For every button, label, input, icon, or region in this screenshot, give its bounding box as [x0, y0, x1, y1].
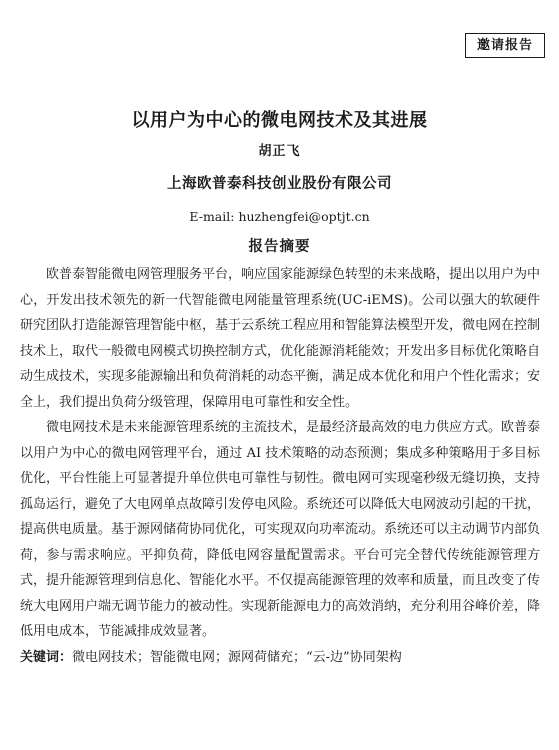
- author-name: 胡正飞: [0, 143, 559, 161]
- paper-title: 以用户为中心的微电网技术及其进展: [0, 0, 559, 134]
- author-email: E-mail: huzhengfei@optjt.cn: [0, 209, 559, 225]
- invited-report-badge: 邀请报告: [465, 33, 545, 58]
- abstract-heading: 报告摘要: [0, 237, 559, 257]
- keywords-line: 关键词：微电网技术；智能微电网；源网荷储充；“云-边”协同架构: [0, 645, 559, 671]
- document-page: 邀请报告 以用户为中心的微电网技术及其进展 胡正飞 上海欧普泰科技创业股份有限公…: [0, 0, 559, 750]
- keywords-label: 关键词：: [20, 650, 72, 665]
- keywords-text: 微电网技术；智能微电网；源网荷储充；“云-边”协同架构: [72, 650, 402, 665]
- abstract-paragraph-1: 欧普泰智能微电网管理服务平台，响应国家能源绿色转型的未来战略，提出以用户为中心，…: [20, 262, 540, 415]
- author-affiliation: 上海欧普泰科技创业股份有限公司: [0, 174, 559, 194]
- abstract-paragraph-2: 微电网技术是未来能源管理系统的主流技术，是最经济最高效的电力供应方式。欧普泰以用…: [20, 415, 540, 645]
- abstract-body: 欧普泰智能微电网管理服务平台，响应国家能源绿色转型的未来战略，提出以用户为中心，…: [0, 262, 559, 645]
